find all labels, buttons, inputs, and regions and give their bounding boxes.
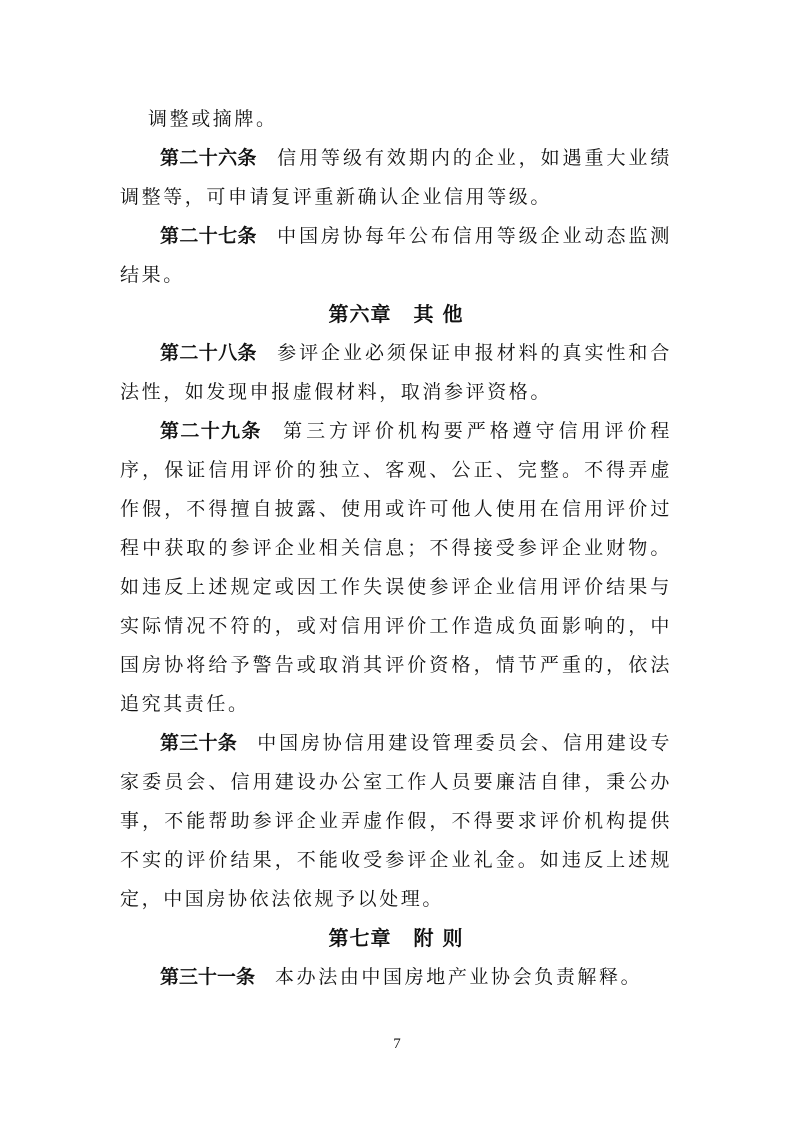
chapter-number: 第六章 — [329, 302, 392, 326]
article-number: 第二十六条 — [160, 147, 257, 169]
article-28: 第二十八条参评企业必须保证申报材料的真实性和合法性，如发现申报虚假材料，取消参评… — [120, 334, 672, 412]
article-number: 第二十八条 — [160, 342, 257, 364]
article-text: 中国房协信用建设管理委员会、信用建设专家委员会、信用建设办公室工作人员要廉洁自律… — [120, 732, 672, 910]
article-27: 第二十七条中国房协每年公布信用等级企业动态监测结果。 — [120, 217, 672, 295]
article-number: 第二十九条 — [160, 420, 262, 442]
article-number: 第三十一条 — [160, 966, 255, 988]
article-number: 第三十条 — [160, 732, 237, 754]
chapter-title: 附 则 — [414, 926, 464, 950]
paragraph-text: 调整或摘牌。 — [148, 108, 278, 130]
article-30: 第三十条中国房协信用建设管理委员会、信用建设专家委员会、信用建设办公室工作人员要… — [120, 724, 672, 919]
article-text: 第三方评价机构要严格遵守信用评价程序，保证信用评价的独立、客观、公正、完整。不得… — [120, 420, 672, 715]
article-29: 第二十九条第三方评价机构要严格遵守信用评价程序，保证信用评价的独立、客观、公正、… — [120, 412, 672, 724]
article-26: 第二十六条信用等级有效期内的企业，如遇重大业绩调整等，可申请复评重新确认企业信用… — [120, 139, 672, 217]
chapter-number: 第七章 — [329, 926, 392, 950]
chapter-heading-6: 第六章其 他 — [120, 295, 672, 334]
article-text: 本办法由中国房地产业协会负责解释。 — [275, 966, 642, 988]
article-31: 第三十一条本办法由中国房地产业协会负责解释。 — [120, 958, 672, 997]
article-number: 第二十七条 — [160, 225, 257, 247]
chapter-heading-7: 第七章附 则 — [120, 919, 672, 958]
document-body: 调整或摘牌。 第二十六条信用等级有效期内的企业，如遇重大业绩调整等，可申请复评重… — [120, 100, 672, 997]
paragraph-continuation: 调整或摘牌。 — [120, 100, 672, 139]
page-number: 7 — [0, 1036, 794, 1053]
chapter-title: 其 他 — [414, 302, 464, 326]
document-page: 调整或摘牌。 第二十六条信用等级有效期内的企业，如遇重大业绩调整等，可申请复评重… — [0, 0, 794, 1123]
